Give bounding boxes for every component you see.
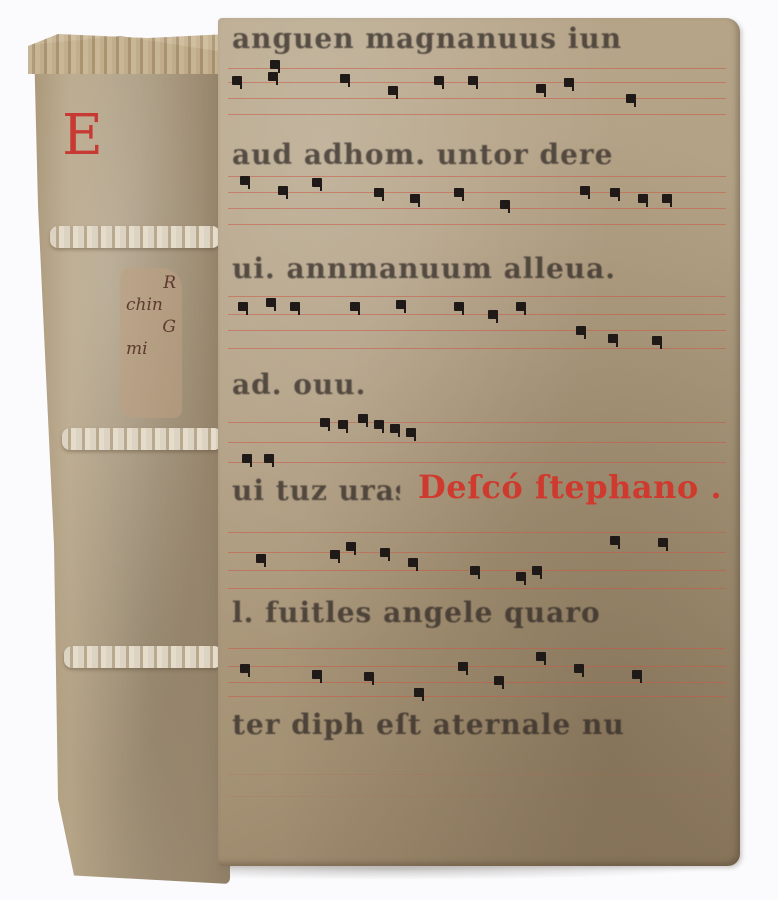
book-front-cover: anguen magnanuus iun aud adhom. untor de… [218,18,740,866]
manuscript-text-line: l. fuitles angele quaro [232,596,726,629]
spine-paper-label: R chin G mi [120,268,182,418]
spine-raised-band [64,646,222,668]
manuscript-text-line: ter diph eſt aternale nu [232,708,726,741]
spine-label-line: chin [126,294,176,316]
spine-label-line: G [126,316,176,338]
manuscript-text-line: aud adhom. untor dere [232,138,726,171]
manuscript-text-line: ui. annmanuum alleua. [232,252,726,285]
manuscript-text-line: ui tuz uras [232,474,400,507]
manuscript-text-line: ad. ouu. [232,368,726,401]
book-spine [30,36,230,884]
spine-label-line: mi [126,338,176,360]
spine-red-initial: E [62,108,103,164]
spine-raised-band [62,428,222,450]
spine-label-line: R [126,272,176,294]
manuscript-text-line: anguen magnanuus iun [232,22,726,55]
spine-raised-band [50,226,220,248]
red-rubric-heading: Deſcó ſtephano . [418,468,722,506]
spine-top-frayed-edge [28,34,228,74]
